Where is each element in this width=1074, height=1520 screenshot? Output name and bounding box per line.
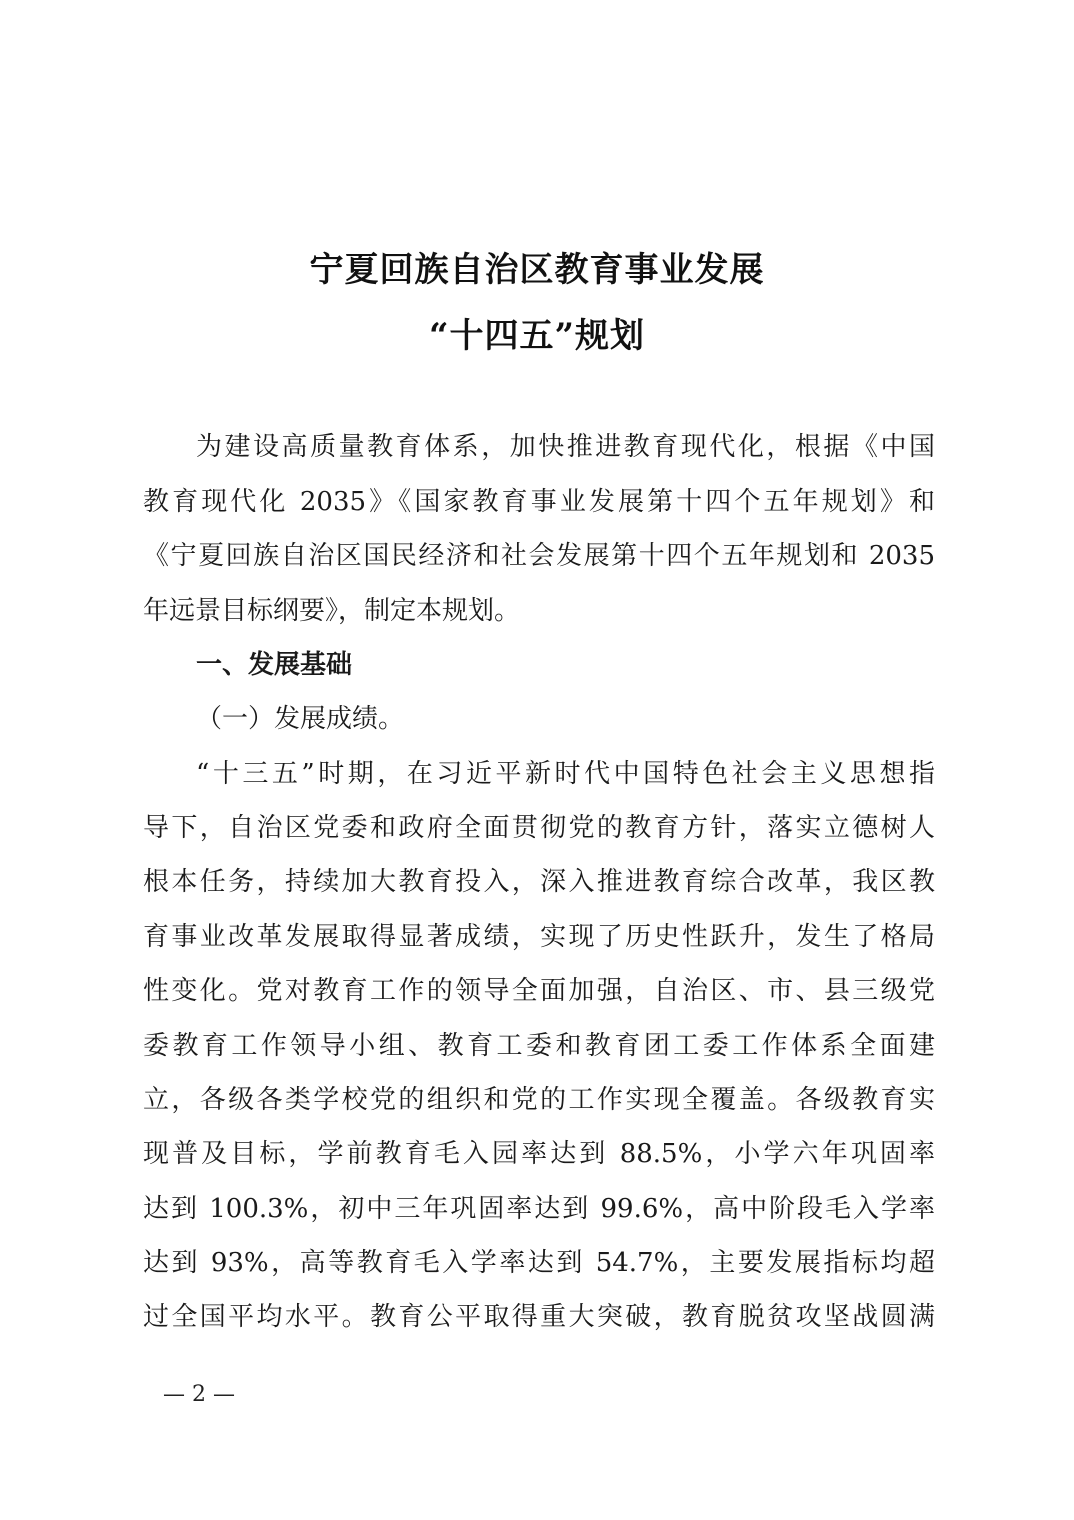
body-paragraph-line: 根本任务，持续加大教育投入，深入推进教育综合改革，我区教 <box>143 867 935 897</box>
intro-paragraph-line: 年远景目标纲要》，制定本规划。 <box>143 596 935 626</box>
section-heading: 一、发展基础 <box>196 650 935 680</box>
intro-paragraph-line: 为建设高质量教育体系，加快推进教育现代化，根据《中国 <box>196 432 935 462</box>
body-paragraph-line: 导下，自治区党委和政府全面贯彻党的教育方针，落实立德树人 <box>143 813 935 843</box>
body-paragraph-line: 育事业改革发展取得显著成绩，实现了历史性跃升，发生了格局 <box>143 922 935 952</box>
subsection-heading: （一）发展成绩。 <box>196 704 935 734</box>
body-paragraph-line: “十三五”时期，在习近平新时代中国特色社会主义思想指 <box>196 759 935 789</box>
body-paragraph-line: 达到 100.3%，初中三年巩固率达到 99.6%，高中阶段毛入学率 <box>143 1194 935 1224</box>
document-title-line2: “十四五”规划 <box>0 308 1074 357</box>
body-paragraph-line: 现普及目标，学前教育毛入园率达到 88.5%，小学六年巩固率 <box>143 1139 935 1169</box>
intro-paragraph-line: 《宁夏回族自治区国民经济和社会发展第十四个五年规划和 2035 <box>143 541 935 571</box>
body-paragraph-line: 过全国平均水平。教育公平取得重大突破，教育脱贫攻坚战圆满 <box>143 1302 935 1332</box>
body-paragraph-line: 达到 93%，高等教育毛入学率达到 54.7%，主要发展指标均超 <box>143 1248 935 1278</box>
body-paragraph-line: 立，各级各类学校党的组织和党的工作实现全覆盖。各级教育实 <box>143 1085 935 1115</box>
intro-paragraph-line: 教育现代化 2035》《国家教育事业发展第十四个五年规划》和 <box>143 487 935 517</box>
document-page: 宁夏回族自治区教育事业发展 “十四五”规划 为建设高质量教育体系，加快推进教育现… <box>0 0 1074 1520</box>
page-number: — 2 — <box>163 1382 235 1407</box>
body-paragraph-line: 性变化。党对教育工作的领导全面加强，自治区、市、县三级党 <box>143 976 935 1006</box>
document-title-line1: 宁夏回族自治区教育事业发展 <box>0 242 1074 291</box>
body-paragraph-line: 委教育工作领导小组、教育工委和教育团工委工作体系全面建 <box>143 1031 935 1061</box>
